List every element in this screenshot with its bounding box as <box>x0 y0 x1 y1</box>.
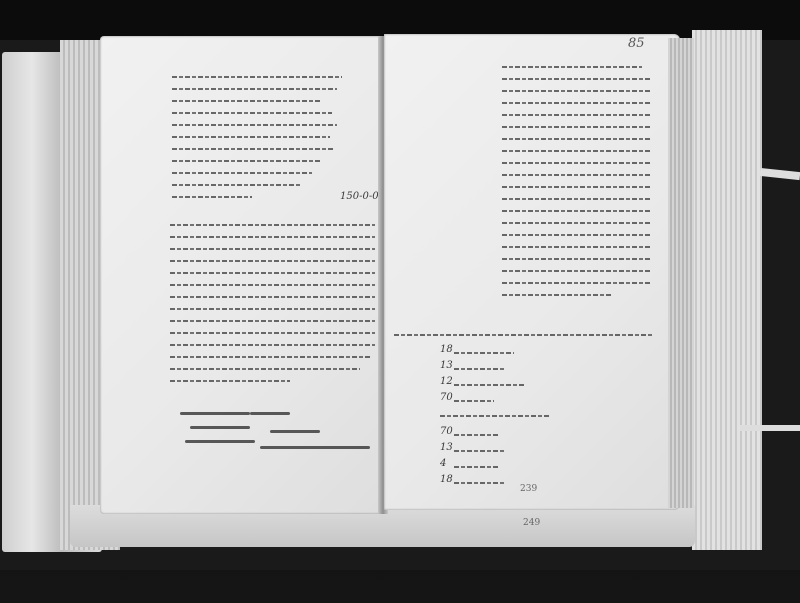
right-page: 18 13 12 70 70 13 4 18 <box>384 34 680 510</box>
list-numeral: 70 <box>440 392 453 403</box>
list-numeral: 4 <box>440 458 446 469</box>
list-numeral: 13 <box>440 360 453 371</box>
page-number: 239 <box>520 484 537 494</box>
signature <box>185 440 255 443</box>
signature <box>250 412 290 415</box>
list-numeral: 12 <box>440 376 453 387</box>
signature <box>270 430 320 433</box>
paper-strip <box>740 425 800 431</box>
right-page-stack <box>692 30 762 550</box>
signature <box>180 412 250 415</box>
list-numeral: 13 <box>440 442 453 453</box>
right-page-edge <box>668 38 694 508</box>
folio-number: 85 <box>628 36 645 51</box>
left-page: 150-0-0 <box>100 36 382 514</box>
list-numeral: 18 <box>440 344 453 355</box>
list-numeral: 70 <box>440 426 453 437</box>
list-numeral: 18 <box>440 474 453 485</box>
signature <box>190 426 250 429</box>
signature <box>260 446 370 449</box>
page-number: 249 <box>523 518 540 528</box>
sum-annotation: 150-0-0 <box>340 191 379 202</box>
